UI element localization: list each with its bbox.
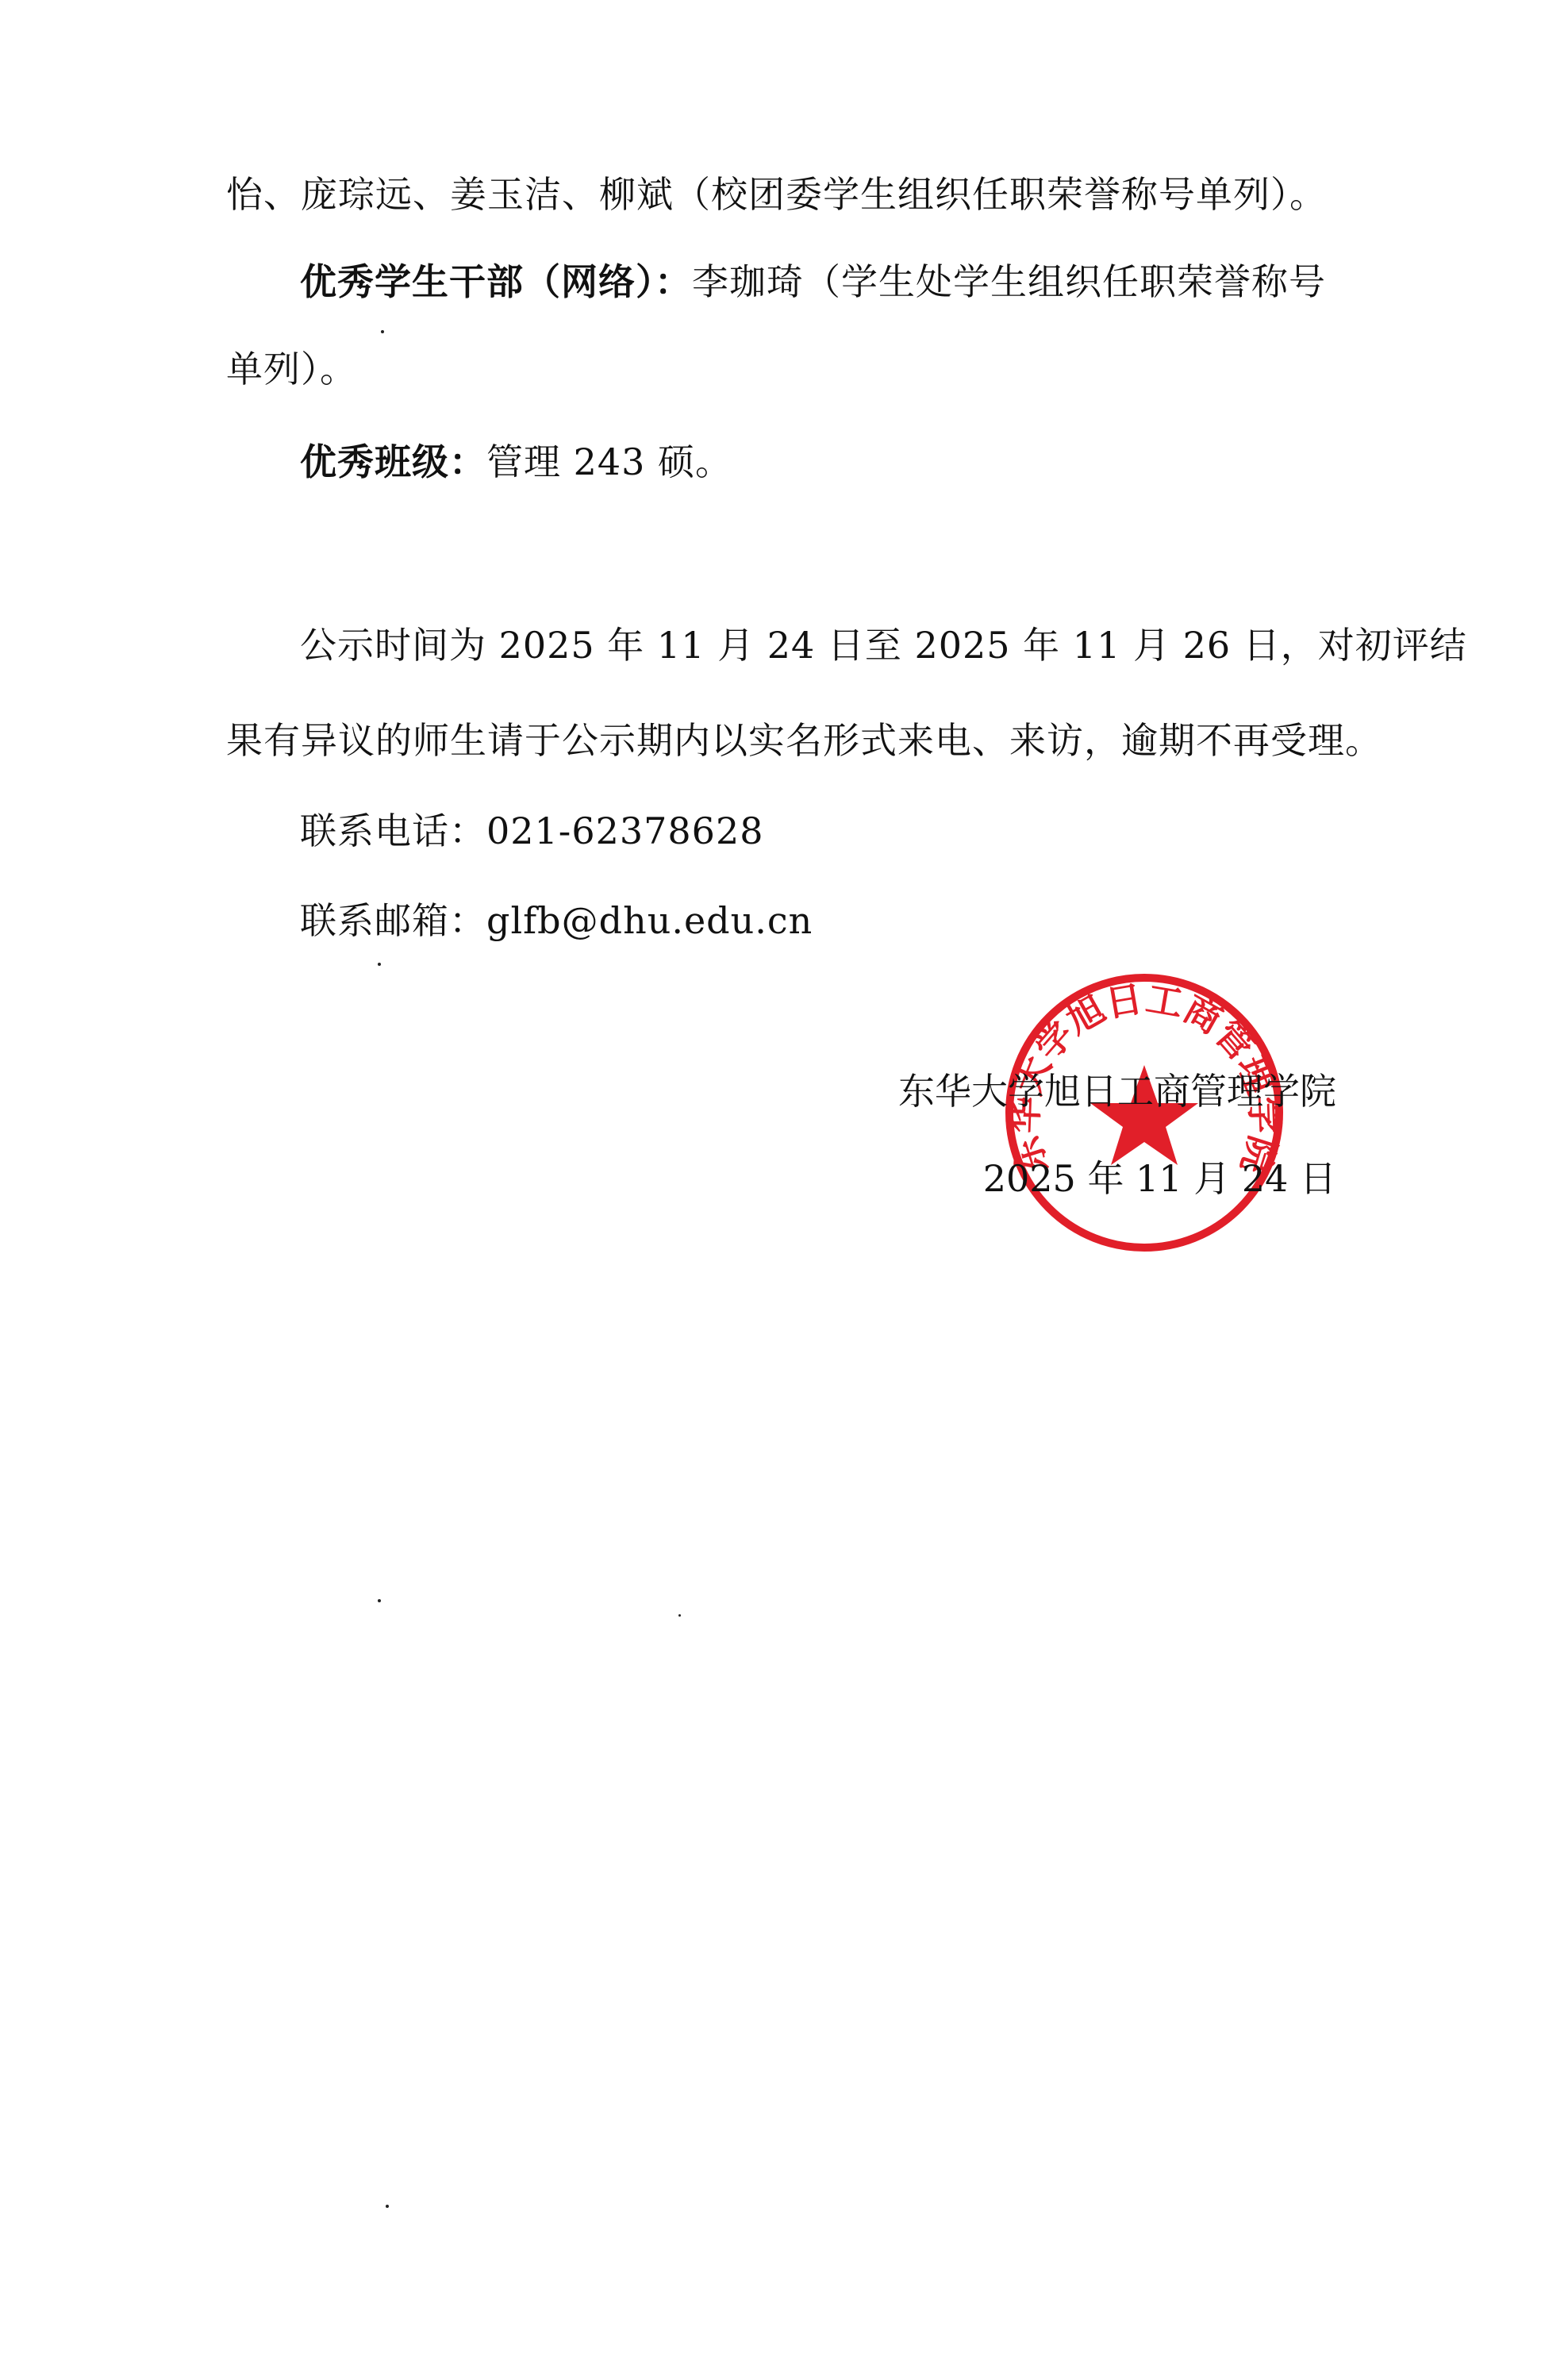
scan-speck [378,1599,381,1602]
scan-speck [386,2205,389,2208]
signature-date: 2025 年 11 月 24 日 [983,1155,1336,1202]
contact-phone-value: 021-62378628 [486,809,763,852]
paragraph-notice-period: 公示时间为 2025 年 11 月 24 日至 2025 年 11 月 26 日… [300,621,1467,669]
contact-phone: 联系电话：021-62378628 [300,807,763,855]
contact-email-label: 联系邮箱： [300,899,486,942]
contact-email-value[interactable]: glfb@dhu.edu.cn [486,899,813,942]
scan-speck [378,963,381,966]
label-outstanding-class: 优秀班级： [300,440,486,483]
contact-email: 联系邮箱：glfb@dhu.edu.cn [300,897,813,944]
paragraph-outstanding-class: 优秀班级：管理 243 硕。 [300,438,732,486]
paragraph-outstanding-cadre-cont: 单列）。 [226,345,357,393]
class-name: 管理 243 硕。 [486,440,732,483]
signature-organization: 东华大学旭日工商管理学院 [898,1067,1336,1115]
paragraph-notice-period-cont: 果有异议的师生请于公示期内以实名形式来电、来访，逾期不再受理。 [226,717,1382,764]
paragraph-outstanding-cadre: 优秀学生干部（网络）：李珈琦（学生处学生组织任职荣誉称号 [300,258,1326,306]
contact-phone-label: 联系电话： [300,809,486,852]
scan-speck [381,330,384,333]
scan-speck [678,1614,681,1617]
cadre-name: 李珈琦（学生处学生组织任职荣誉称号 [692,260,1326,303]
paragraph-continuation: 怡、庞琮远、姜玉洁、柳斌（校团委学生组织任职荣誉称号单列）。 [226,171,1327,218]
label-outstanding-cadre: 优秀学生干部（网络）： [300,260,692,303]
